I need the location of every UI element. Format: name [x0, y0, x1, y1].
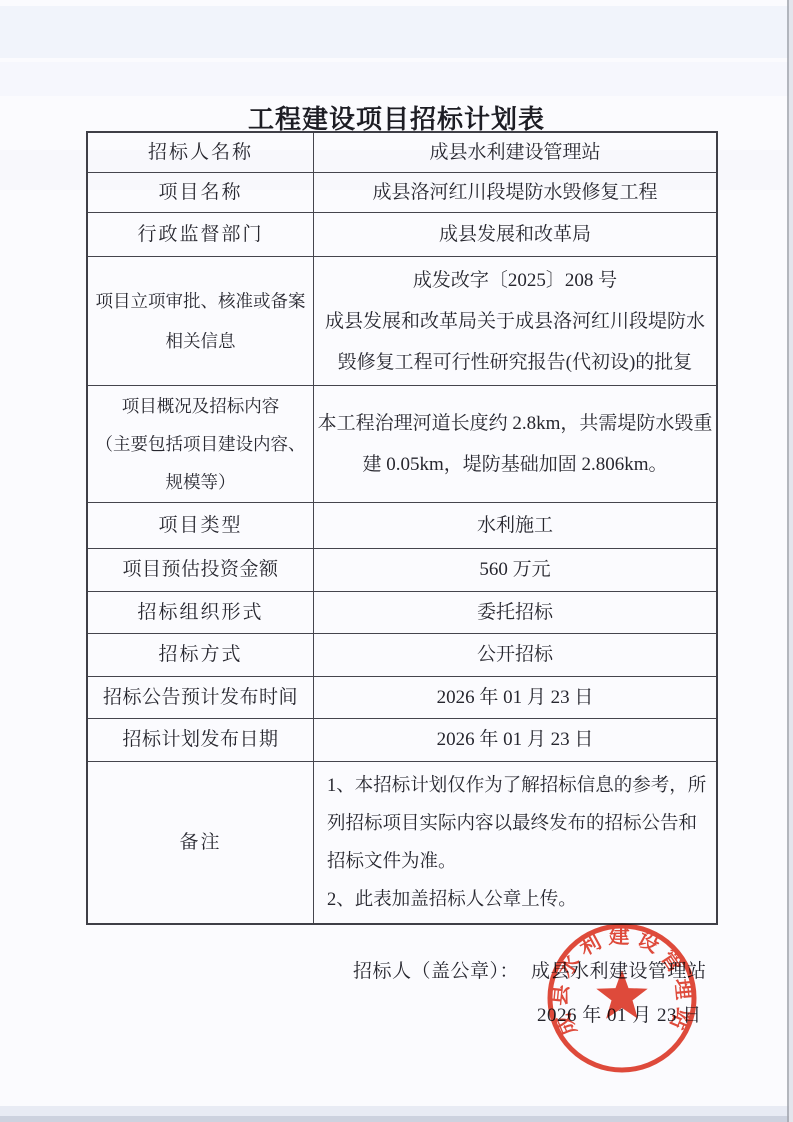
signature-label: 招标人（盖公章）： — [353, 961, 519, 982]
row-label-organization-form: 招标组织形式 — [88, 592, 314, 634]
row-value-remarks: 1、本招标计划仅作为了解招标信息的参考，所 列招标项目实际内容以最终发布的招标公… — [314, 762, 716, 923]
row-label-remarks: 备注 — [88, 762, 314, 923]
scan-bottom-edge — [0, 1116, 793, 1122]
row-value-bidding-method: 公开招标 — [314, 634, 716, 677]
row-value-project-overview: 本工程治理河道长度约 2.8km，共需堤防水毁重 建 0.05km，堤防基础加固… — [314, 386, 716, 503]
row-label-bidder-name: 招标人名称 — [88, 133, 314, 173]
row-value-bidder-name: 成县水利建设管理站 — [314, 133, 716, 173]
row-value-project-name: 成县洛河红川段堤防水毁修复工程 — [314, 173, 716, 213]
row-label-bidding-method: 招标方式 — [88, 634, 314, 677]
tender-plan-table: 招标人名称 成县水利建设管理站 项目名称 成县洛河红川段堤防水毁修复工程 行政监… — [86, 131, 718, 925]
scan-right-edge — [789, 0, 793, 1122]
row-value-supervising-authority: 成县发展和改革局 — [314, 213, 716, 257]
scan-artifact-band — [0, 6, 793, 58]
row-label-project-type: 项目类型 — [88, 503, 314, 549]
row-label-plan-publish-date: 招标计划发布日期 — [88, 719, 314, 762]
row-label-announcement-date: 招标公告预计发布时间 — [88, 677, 314, 719]
scan-artifact-band — [0, 1106, 793, 1117]
row-value-approval-info: 成发改字〔2025〕208 号 成县发展和改革局关于成县洛河红川段堤防水 毁修复… — [314, 257, 716, 386]
row-value-announcement-date: 2026 年 01 月 23 日 — [314, 677, 716, 719]
row-value-organization-form: 委托招标 — [314, 592, 716, 634]
row-label-project-name: 项目名称 — [88, 173, 314, 213]
row-value-estimated-investment: 560 万元 — [314, 549, 716, 592]
row-label-approval-info: 项目立项审批、核准或备案 相关信息 — [88, 257, 314, 386]
scanned-document-page: 工程建设项目招标计划表 招标人名称 成县水利建设管理站 项目名称 成县洛河红川段… — [0, 0, 793, 1122]
scan-artifact-band — [0, 62, 793, 96]
row-value-plan-publish-date: 2026 年 01 月 23 日 — [314, 719, 716, 762]
row-value-project-type: 水利施工 — [314, 503, 716, 549]
official-seal-stamp: 成县水利建设管理站 — [542, 918, 702, 1078]
stamp-star-icon — [596, 970, 647, 1019]
row-label-project-overview: 项目概况及招标内容 （主要包括项目建设内容、 规模等） — [88, 386, 314, 503]
row-label-supervising-authority: 行政监督部门 — [88, 213, 314, 257]
row-label-estimated-investment: 项目预估投资金额 — [88, 549, 314, 592]
